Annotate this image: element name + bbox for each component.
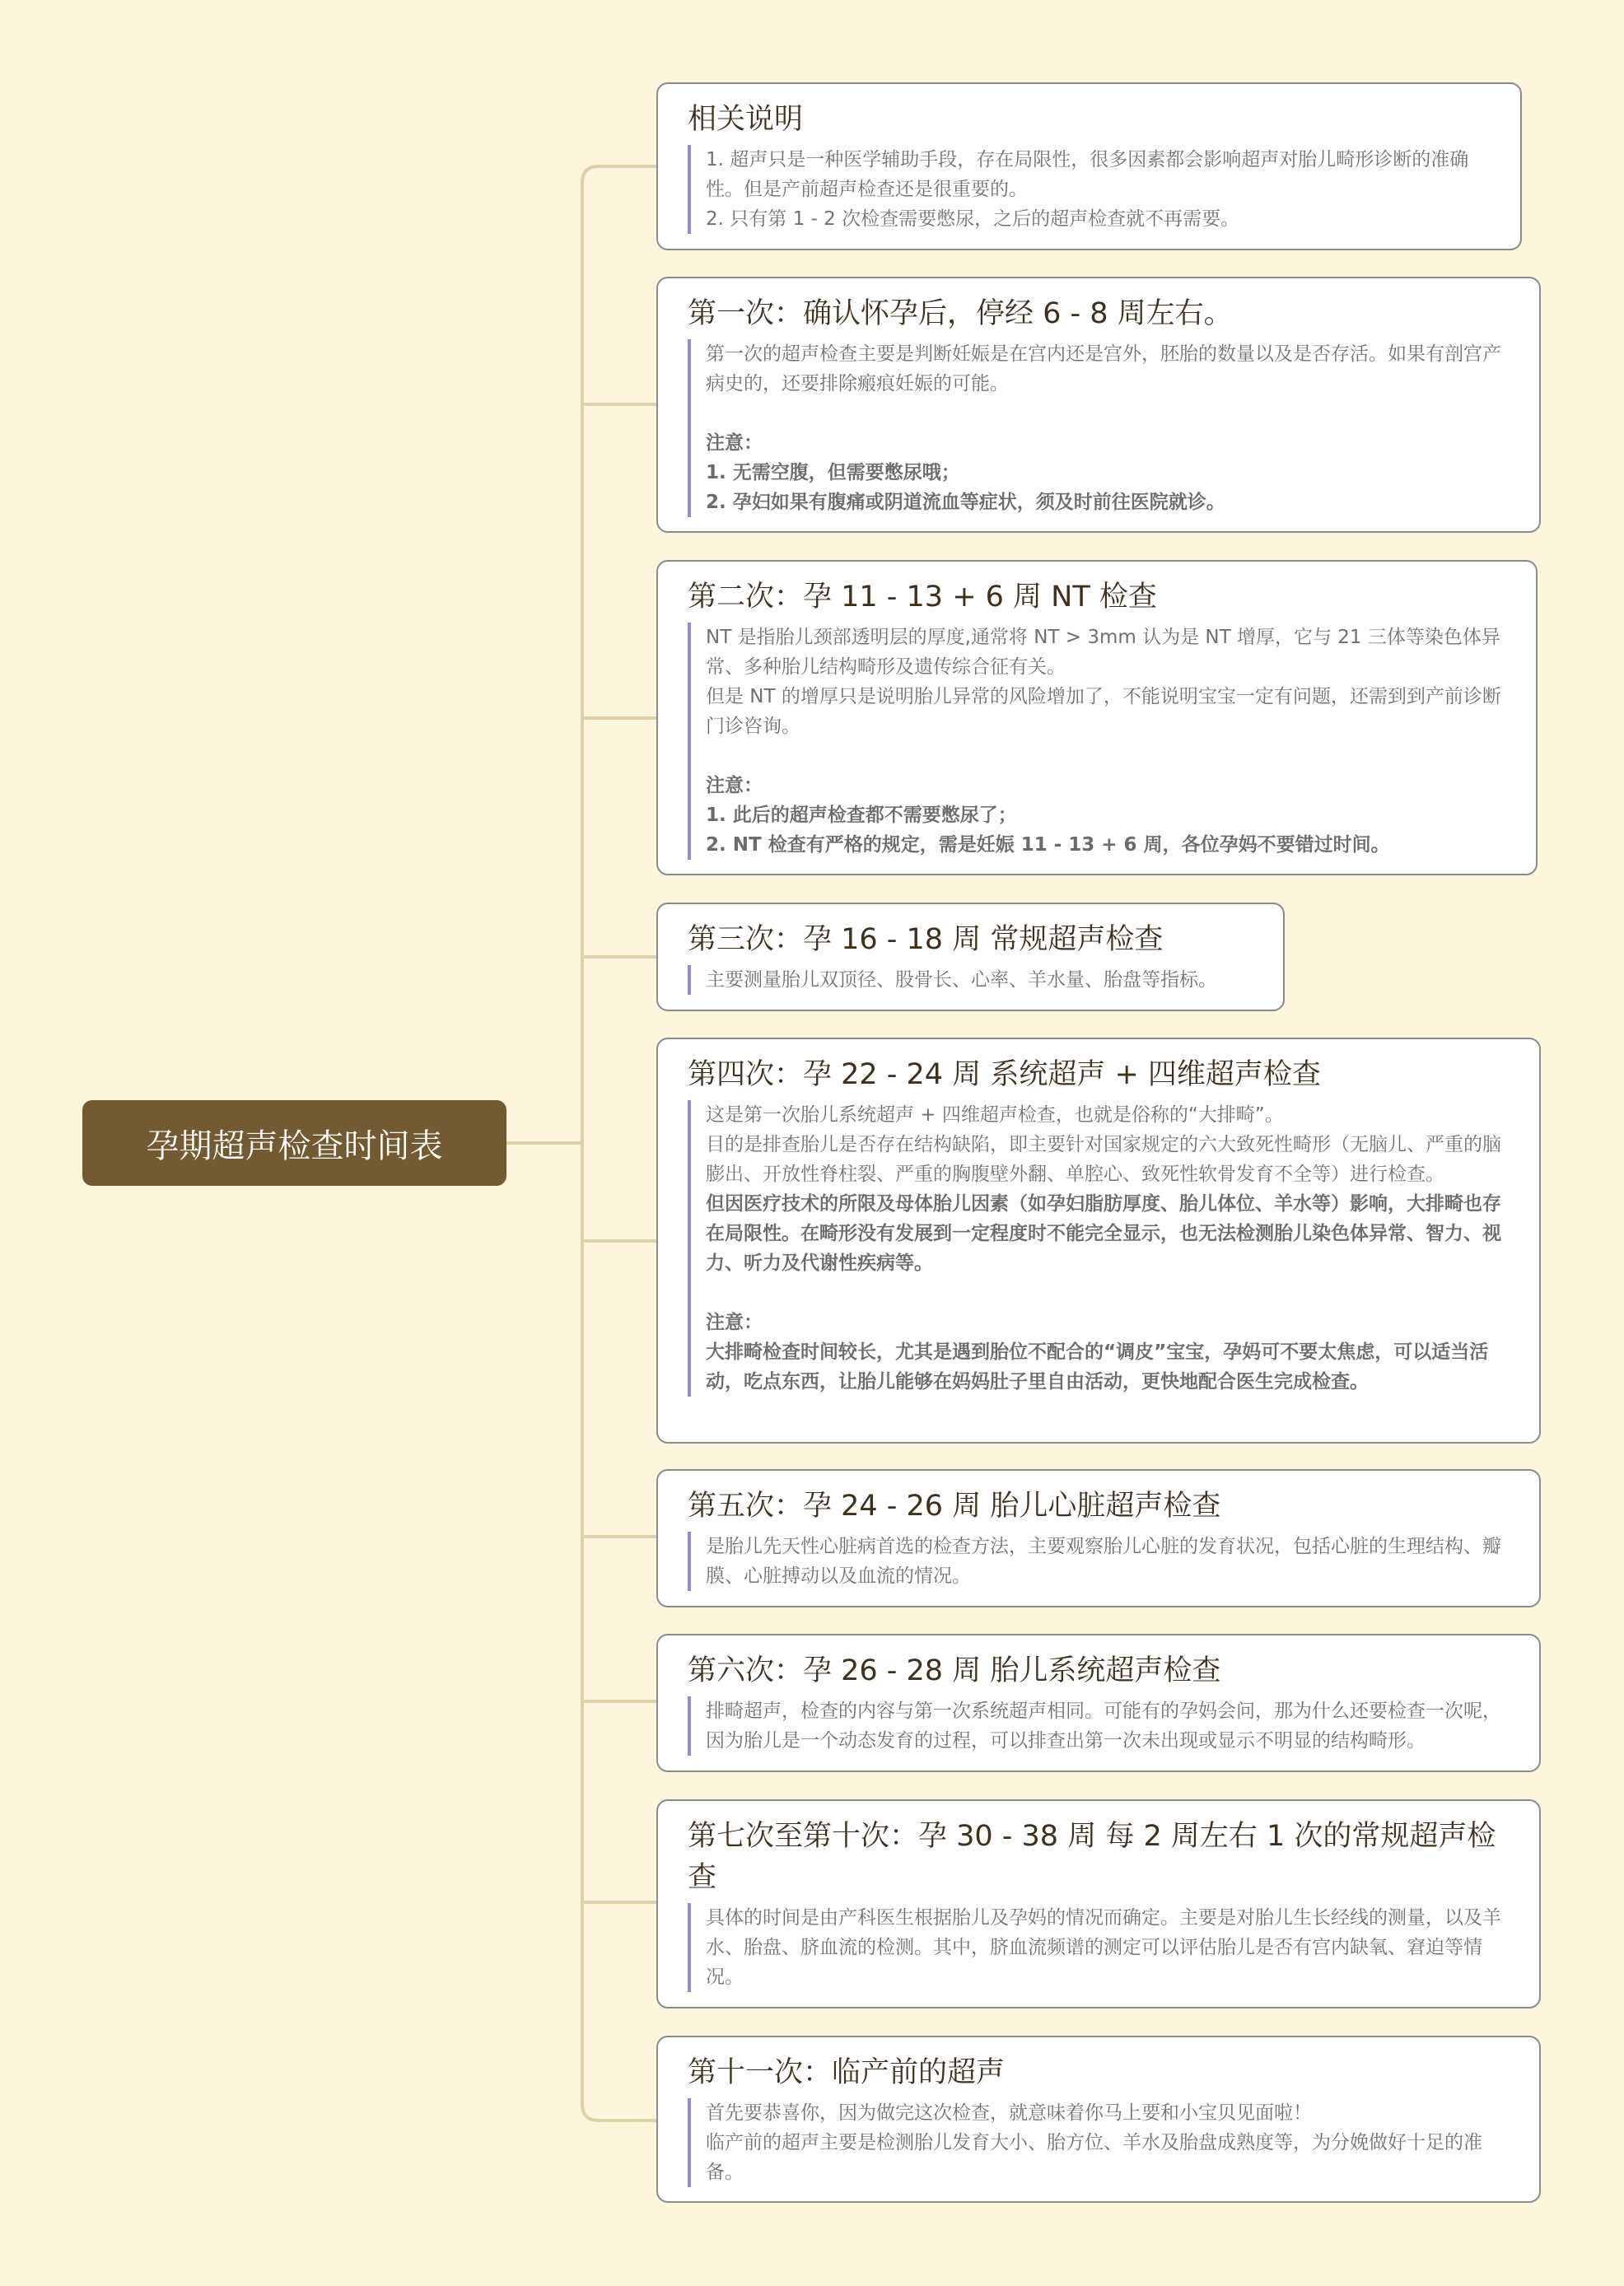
body-line: 这是第一次胎儿系统超声 + 四维超声检查，也就是俗称的“大排畸”。 xyxy=(706,1100,1516,1130)
note-line: 大排畸检查时间较长，尤其是遇到胎位不配合的“调皮”宝宝，孕妈可不要太焦虑，可以适… xyxy=(706,1337,1516,1397)
topic-card-scan-7-10[interactable]: 第七次至第十次：孕 30 - 38 周 每 2 周左右 1 次的常规超声检查 具… xyxy=(656,1799,1541,2008)
card-body: NT 是指胎儿颈部透明层的厚度,通常将 NT > 3mm 认为是 NT 增厚，它… xyxy=(688,623,1513,860)
body-line: 主要测量胎儿双顶径、股骨长、心率、羊水量、胎盘等指标。 xyxy=(706,965,1260,995)
body-line: 首先要恭喜你，因为做完这次检查，就意味着你马上要和小宝贝见面啦！ xyxy=(706,2098,1516,2128)
note-line: 2. 孕妇如果有腹痛或阴道流血等症状，须及时前往医院就诊。 xyxy=(706,488,1516,517)
card-title: 相关说明 xyxy=(688,99,1497,140)
card-body: 主要测量胎儿双顶径、股骨长、心率、羊水量、胎盘等指标。 xyxy=(688,965,1260,995)
card-title: 第十一次：临产前的超声 xyxy=(688,2052,1516,2093)
card-title: 第一次：确认怀孕后，停经 6 - 8 周左右。 xyxy=(688,293,1516,334)
card-title: 第三次：孕 16 - 18 周 常规超声检查 xyxy=(688,919,1260,960)
card-body: 1. 超声只是一种医学辅助手段，存在局限性，很多因素都会影响超声对胎儿畸形诊断的… xyxy=(688,145,1497,234)
body-line: 具体的时间是由产科医生根据胎儿及孕妈的情况而确定。主要是对胎儿生长经线的测量，以… xyxy=(706,1903,1516,1992)
body-line: 1. 超声只是一种医学辅助手段，存在局限性，很多因素都会影响超声对胎儿畸形诊断的… xyxy=(706,145,1497,204)
topic-card-scan-1[interactable]: 第一次：确认怀孕后，停经 6 - 8 周左右。 第一次的超声检查主要是判断妊娠是… xyxy=(656,277,1541,533)
note-line: 2. NT 检查有严格的规定，需是妊娠 11 - 13 + 6 周，各位孕妈不要… xyxy=(706,830,1513,860)
topic-card-scan-6[interactable]: 第六次：孕 26 - 28 周 胎儿系统超声检查 排畸超声，检查的内容与第一次系… xyxy=(656,1634,1541,1772)
card-title: 第二次：孕 11 - 13 + 6 周 NT 检查 xyxy=(688,576,1513,618)
body-line: 目的是排查胎儿是否存在结构缺陷，即主要针对国家规定的六大致死性畸形（无脑儿、严重… xyxy=(706,1130,1516,1189)
note-label: 注意： xyxy=(706,428,1516,458)
note-label: 注意： xyxy=(706,771,1513,800)
body-line xyxy=(706,399,1516,428)
root-node[interactable]: 孕期超声检查时间表 xyxy=(82,1100,506,1186)
card-body: 第一次的超声检查主要是判断妊娠是在宫内还是宫外，胚胎的数量以及是否存活。如果有剖… xyxy=(688,339,1516,517)
note-line: 1. 无需空腹，但需要憋尿哦； xyxy=(706,458,1516,488)
root-title: 孕期超声检查时间表 xyxy=(147,1120,443,1167)
body-line: 临产前的超声主要是检测胎儿发育大小、胎方位、羊水及胎盘成熟度等，为分娩做好十足的… xyxy=(706,2128,1516,2187)
card-title: 第四次：孕 22 - 24 周 系统超声 + 四维超声检查 xyxy=(688,1054,1516,1095)
card-body: 是胎儿先天性心脏病首选的检查方法，主要观察胎儿心脏的发育状况，包括心脏的生理结构… xyxy=(688,1532,1516,1591)
body-line: 第一次的超声检查主要是判断妊娠是在宫内还是宫外，胚胎的数量以及是否存活。如果有剖… xyxy=(706,339,1516,399)
topic-card-scan-2[interactable]: 第二次：孕 11 - 13 + 6 周 NT 检查 NT 是指胎儿颈部透明层的厚… xyxy=(656,560,1538,875)
topic-card-scan-5[interactable]: 第五次：孕 24 - 26 周 胎儿心脏超声检查 是胎儿先天性心脏病首选的检查方… xyxy=(656,1469,1541,1607)
body-line: 是胎儿先天性心脏病首选的检查方法，主要观察胎儿心脏的发育状况，包括心脏的生理结构… xyxy=(706,1532,1516,1591)
body-line xyxy=(706,741,1513,771)
topic-card-scan-11[interactable]: 第十一次：临产前的超声 首先要恭喜你，因为做完这次检查，就意味着你马上要和小宝贝… xyxy=(656,2036,1541,2203)
card-body: 排畸超声，检查的内容与第一次系统超声相同。可能有的孕妈会问，那为什么还要检查一次… xyxy=(688,1696,1516,1756)
body-line: NT 是指胎儿颈部透明层的厚度,通常将 NT > 3mm 认为是 NT 增厚，它… xyxy=(706,623,1513,682)
body-line: 2. 只有第 1 - 2 次检查需要憋尿，之后的超声检查就不再需要。 xyxy=(706,204,1497,234)
body-line: 排畸超声，检查的内容与第一次系统超声相同。可能有的孕妈会问，那为什么还要检查一次… xyxy=(706,1696,1516,1756)
card-title: 第七次至第十次：孕 30 - 38 周 每 2 周左右 1 次的常规超声检查 xyxy=(688,1816,1516,1898)
card-body: 具体的时间是由产科医生根据胎儿及孕妈的情况而确定。主要是对胎儿生长经线的测量，以… xyxy=(688,1903,1516,1992)
card-body: 首先要恭喜你，因为做完这次检查，就意味着你马上要和小宝贝见面啦！ 临产前的超声主… xyxy=(688,2098,1516,2187)
body-line xyxy=(706,1278,1516,1308)
topic-card-scan-4[interactable]: 第四次：孕 22 - 24 周 系统超声 + 四维超声检查 这是第一次胎儿系统超… xyxy=(656,1038,1541,1444)
body-line: 但是 NT 的增厚只是说明胎儿异常的风险增加了，不能说明宝宝一定有问题，还需到到… xyxy=(706,682,1513,741)
note-label: 注意： xyxy=(706,1308,1516,1337)
card-body: 这是第一次胎儿系统超声 + 四维超声检查，也就是俗称的“大排畸”。 目的是排查胎… xyxy=(688,1100,1516,1397)
card-title: 第六次：孕 26 - 28 周 胎儿系统超声检查 xyxy=(688,1650,1516,1691)
topic-card-scan-3[interactable]: 第三次：孕 16 - 18 周 常规超声检查 主要测量胎儿双顶径、股骨长、心率、… xyxy=(656,903,1285,1011)
note-line: 1. 此后的超声检查都不需要憋尿了； xyxy=(706,800,1513,830)
topic-card-notes[interactable]: 相关说明 1. 超声只是一种医学辅助手段，存在局限性，很多因素都会影响超声对胎儿… xyxy=(656,82,1522,250)
body-line-bold: 但因医疗技术的所限及母体胎儿因素（如孕妇脂肪厚度、胎儿体位、羊水等）影响，大排畸… xyxy=(706,1189,1516,1278)
card-title: 第五次：孕 24 - 26 周 胎儿心脏超声检查 xyxy=(688,1486,1516,1527)
